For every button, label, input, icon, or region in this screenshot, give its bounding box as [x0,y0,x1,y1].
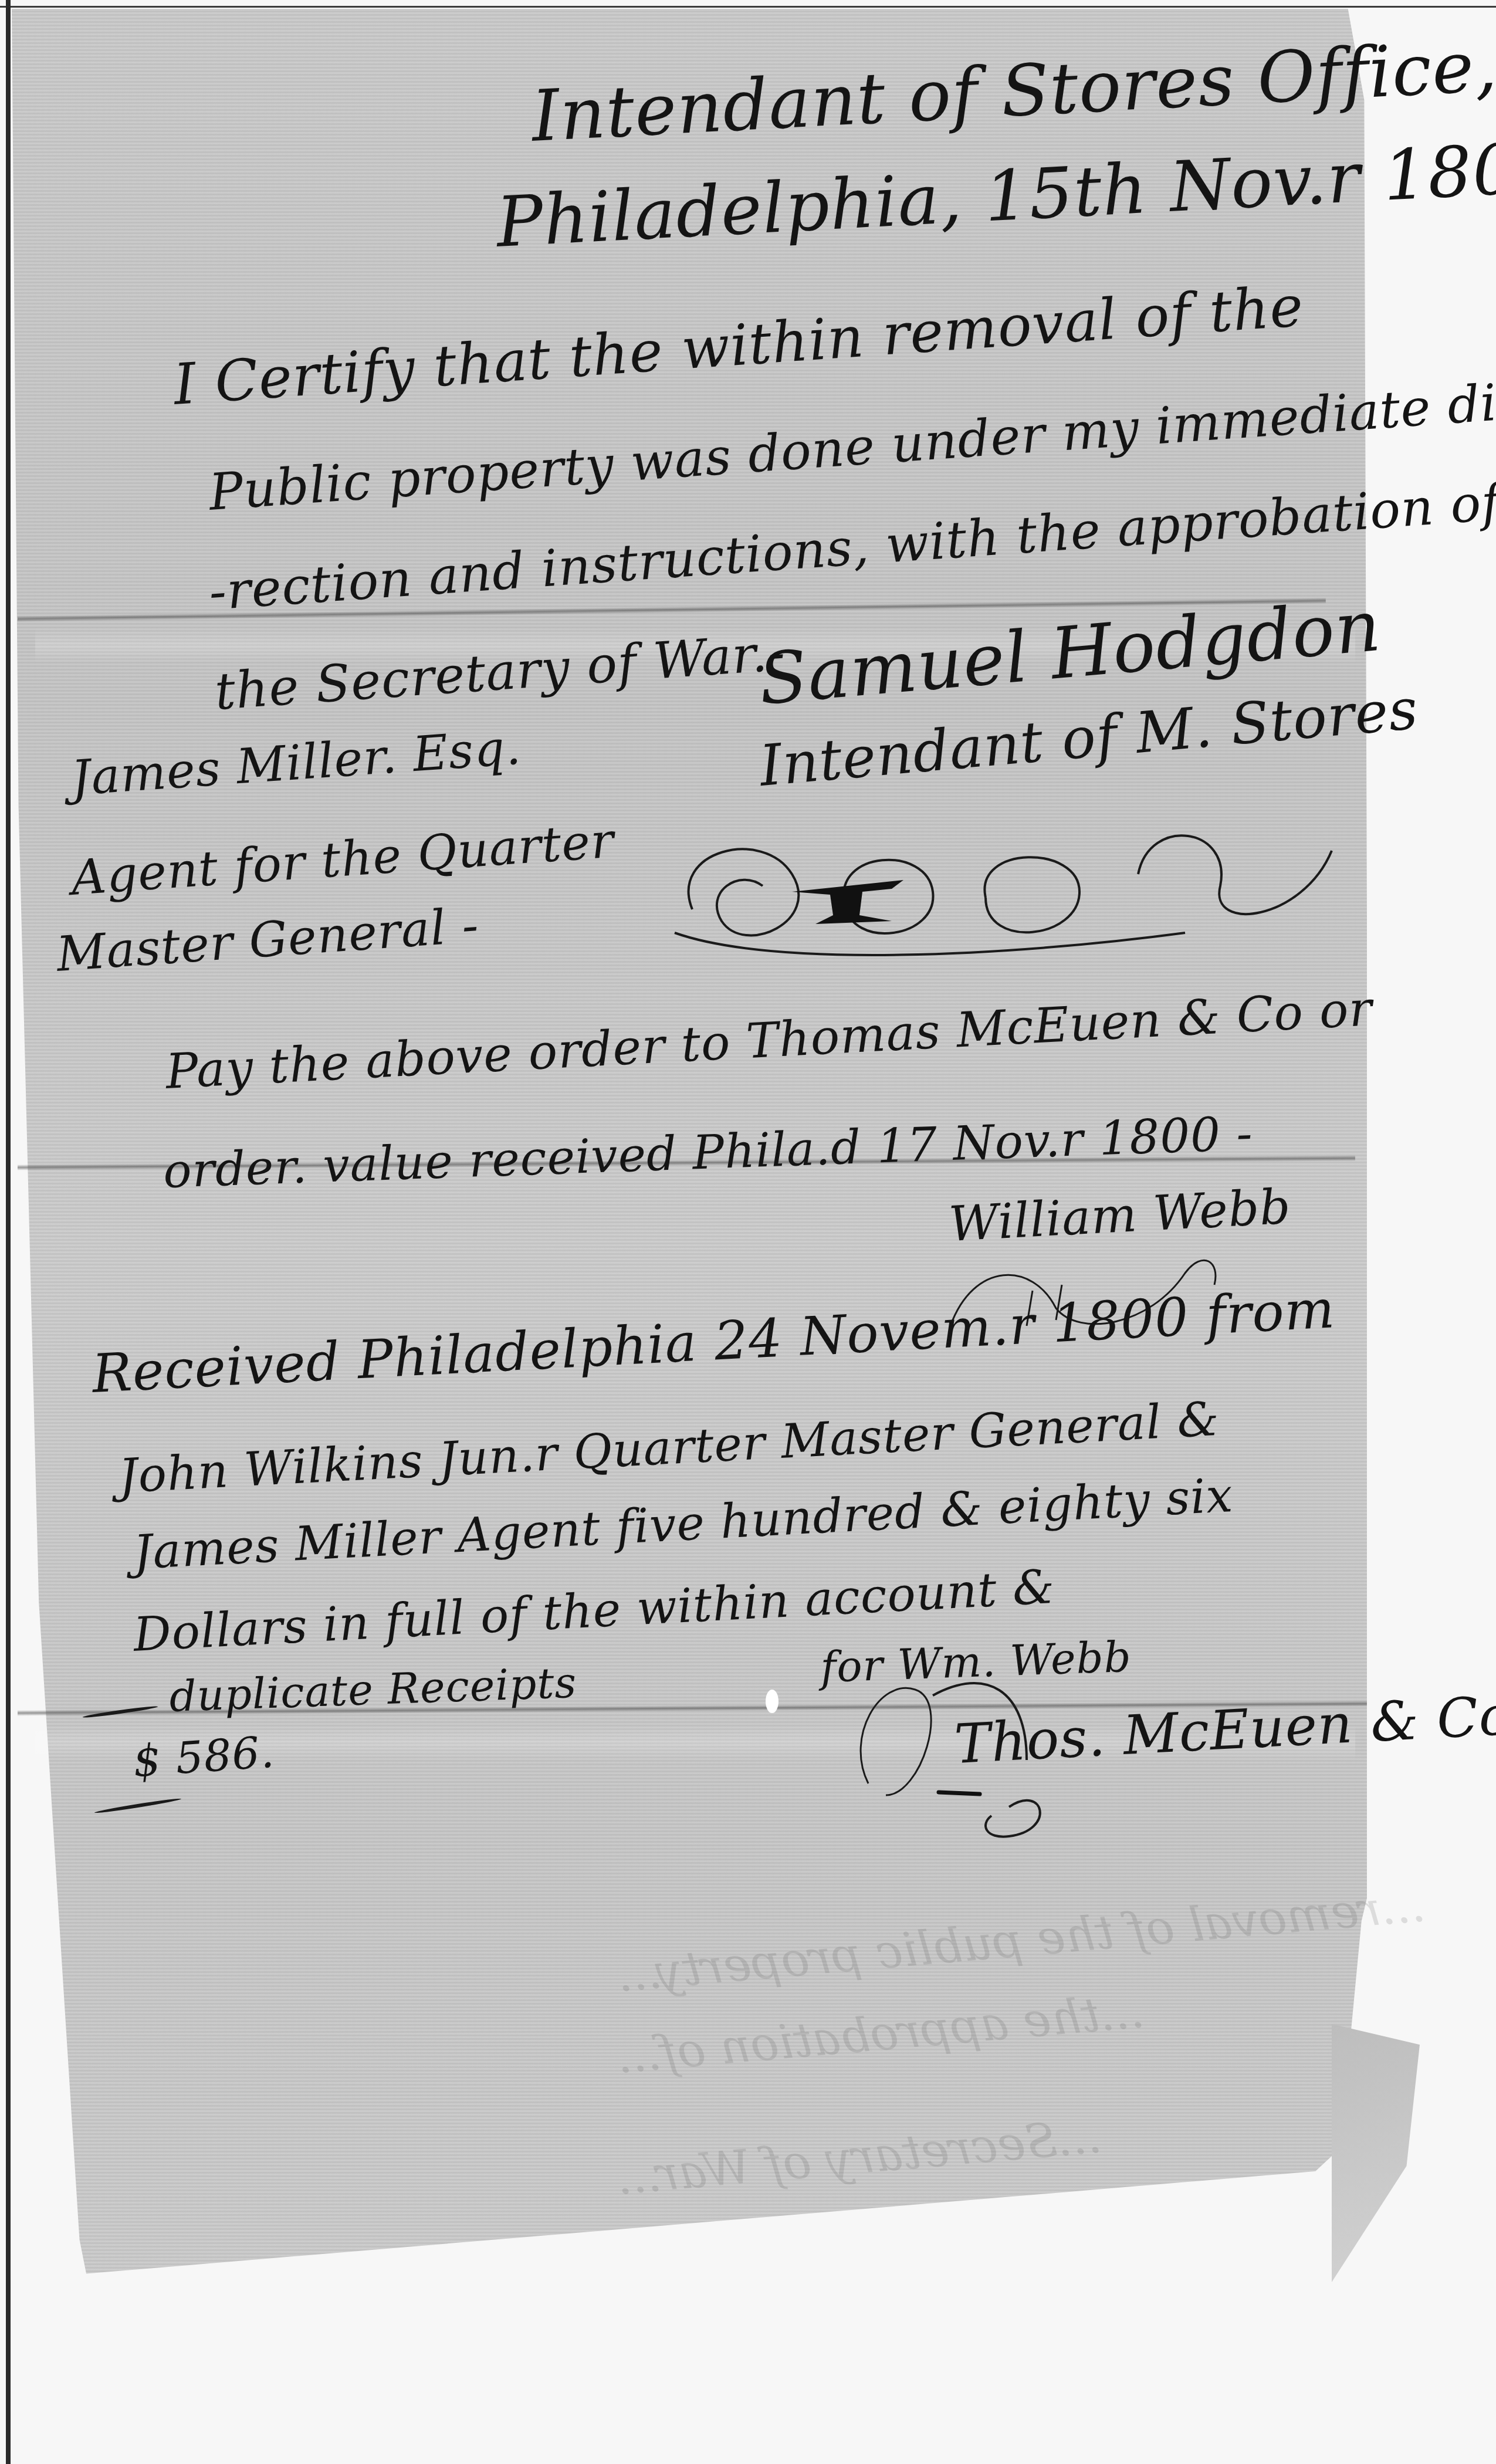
signature-flourish-icon [657,780,1361,968]
mceuen-flourish-icon [833,1666,1126,1842]
amount-total: $ 586. [131,1727,276,1787]
scanner-bed-top-edge [0,6,1496,8]
paper-hole [766,1690,779,1713]
folded-corner [1332,2024,1420,2282]
scanner-bed-left-edge [6,0,11,2464]
